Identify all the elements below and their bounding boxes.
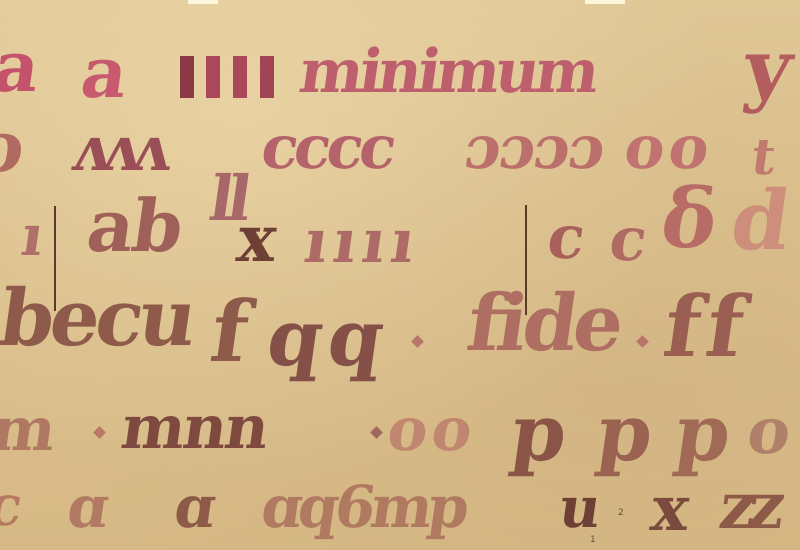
word-zz: zz xyxy=(716,475,782,539)
glyph: x xyxy=(234,208,281,272)
c-strokes: cccc xyxy=(258,118,397,178)
glyph: f xyxy=(206,290,254,374)
minim-stroke xyxy=(233,56,247,98)
word-mininmum: minimum xyxy=(296,42,600,102)
glyph: ɑ xyxy=(171,478,220,536)
word-aq6mp: ɑq6mp xyxy=(258,478,470,536)
word-ab: ab xyxy=(83,190,186,262)
glyph: p xyxy=(671,395,737,473)
reverse-c-strokes: ɔɔɔɔ xyxy=(461,118,608,178)
glyph: ɔ xyxy=(0,112,30,182)
separator-dot xyxy=(636,335,649,348)
zigzag-strokes: ʌʌʌ xyxy=(68,118,166,180)
glyph: ɑ xyxy=(64,478,113,536)
word-becu: becu xyxy=(0,280,198,358)
glyph: p xyxy=(507,395,573,473)
glyph: m xyxy=(0,400,60,460)
glyph: o xyxy=(744,400,796,464)
glyph: a xyxy=(0,32,44,102)
calligraphy-sheet: a a minimum y ɔ ʌʌʌ cccc ɔɔɔɔ oo t ı ab … xyxy=(0,0,800,550)
word-ff: ff xyxy=(659,285,755,369)
glyph: ı xyxy=(18,208,47,264)
minim-stroke xyxy=(180,56,194,98)
glyph: a xyxy=(77,38,132,108)
stroke-order-hint: 2 xyxy=(618,508,624,518)
minim-practice: ıııı xyxy=(301,212,425,272)
separator-dot xyxy=(93,426,106,439)
separator-dot xyxy=(370,426,383,439)
glare-spot xyxy=(188,0,218,4)
separator-dot xyxy=(411,335,424,348)
minim-stroke xyxy=(260,56,274,98)
stroke-order-hint: 1 xyxy=(590,535,596,545)
glyph: u xyxy=(556,480,605,536)
word-fide: fide xyxy=(463,285,625,363)
glyph: c xyxy=(606,210,651,270)
glyph: c xyxy=(0,478,26,534)
word-oo: oo xyxy=(384,400,480,460)
glyph: p xyxy=(593,395,659,473)
o-practice: oo xyxy=(621,118,717,178)
glyph: x xyxy=(648,478,694,540)
glare-spot xyxy=(585,0,625,4)
glyph: y xyxy=(739,28,797,108)
word-qq: qq xyxy=(263,300,395,378)
glyph: d xyxy=(726,180,795,262)
glyph: δ xyxy=(656,178,722,260)
glyph: c xyxy=(544,208,589,268)
word-mnn: mnn xyxy=(118,398,271,458)
minim-stroke xyxy=(206,56,220,98)
